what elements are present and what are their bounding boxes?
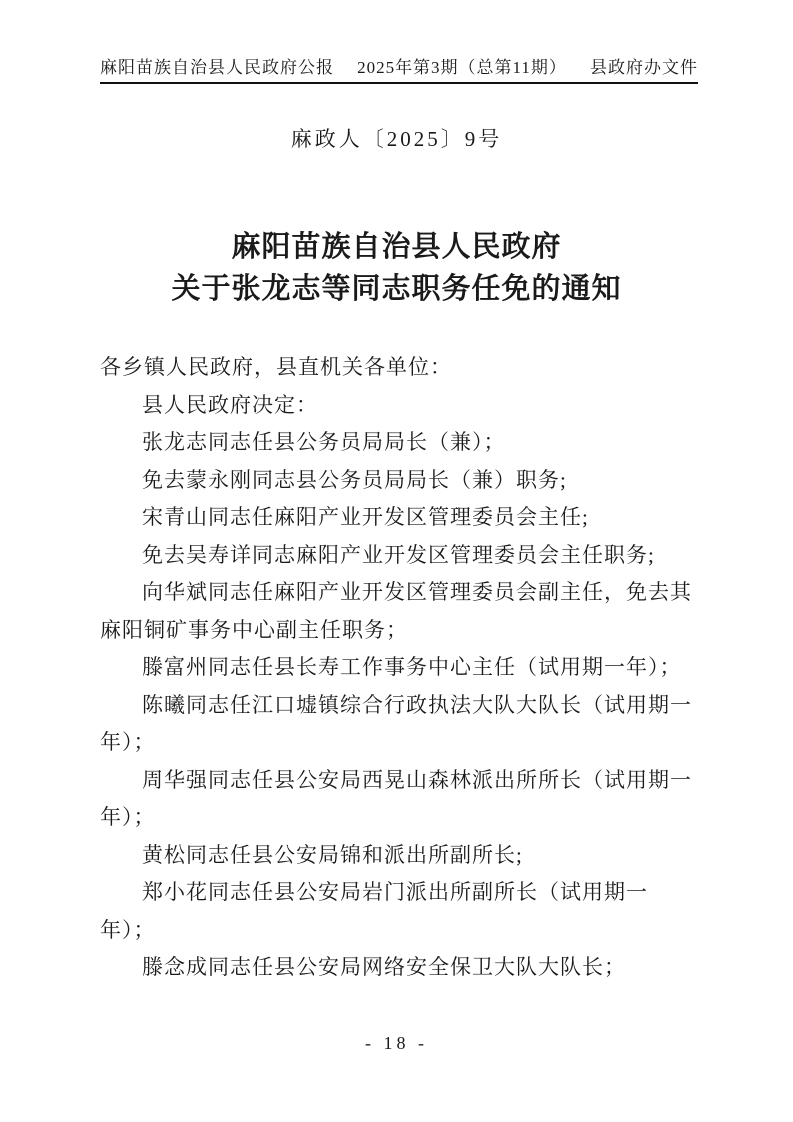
page-number: - 18 -: [0, 1033, 793, 1054]
running-header-issue: 2025年第3期（总第11期）: [357, 53, 567, 78]
body-paragraph: 县人民政府决定：: [100, 387, 740, 425]
document-body: 各乡镇人民政府，县直机关各单位： 县人民政府决定： 张龙志同志任县公务员局局长（…: [100, 349, 740, 987]
running-header: 麻阳苗族自治县人民政府公报 2025年第3期（总第11期） 县政府办文件: [100, 53, 698, 84]
document-title-line1: 麻阳苗族自治县人民政府: [0, 226, 793, 268]
body-paragraph: 免去蒙永刚同志县公务员局局长（兼）职务;: [100, 462, 740, 500]
body-paragraph: 郑小花同志任县公安局岩门派出所副所长（试用期一 年）；: [100, 874, 740, 949]
body-paragraph: 向华斌同志任麻阳产业开发区管理委员会副主任，免去其 麻阳铜矿事务中心副主任职务；: [100, 574, 740, 649]
body-paragraph: 陈曦同志任江口墟镇综合行政执法大队大队长（试用期一 年）；: [100, 687, 740, 762]
body-paragraph: 宋青山同志任麻阳产业开发区管理委员会主任;: [100, 499, 740, 537]
body-paragraph: 滕富州同志任县长寿工作事务中心主任（试用期一年）；: [100, 649, 740, 687]
body-paragraph: 免去吴寿详同志麻阳产业开发区管理委员会主任职务;: [100, 537, 740, 575]
running-header-gazette-name: 麻阳苗族自治县人民政府公报: [100, 53, 334, 78]
document-title-line2: 关于张龙志等同志职务任免的通知: [0, 268, 793, 310]
gazette-page: 麻阳苗族自治县人民政府公报 2025年第3期（总第11期） 县政府办文件 麻政人…: [0, 0, 793, 1122]
body-paragraph: 周华强同志任县公安局西晃山森林派出所所长（试用期一 年）；: [100, 762, 740, 837]
body-paragraph: 各乡镇人民政府，县直机关各单位：: [100, 349, 740, 387]
document-title: 麻阳苗族自治县人民政府 关于张龙志等同志职务任免的通知: [0, 226, 793, 310]
document-number: 麻政人〔2025〕9号: [0, 123, 793, 153]
running-header-category: 县政府办文件: [590, 53, 698, 78]
body-paragraph: 黄松同志任县公安局锦和派出所副所长;: [100, 837, 740, 875]
body-paragraph: 张龙志同志任县公务员局局长（兼）；: [100, 424, 740, 462]
body-paragraph: 滕念成同志任县公安局网络安全保卫大队大队长；: [100, 949, 740, 987]
